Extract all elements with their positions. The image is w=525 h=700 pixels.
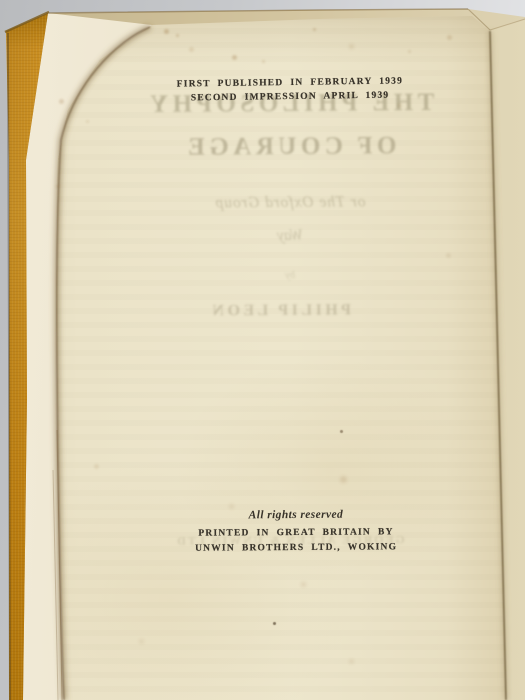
page-left-edge (57, 27, 150, 700)
showthrough-author: PHILIP LEON (30, 300, 525, 321)
colophon-block: All rights reserved PRINTED IN GREAT BRI… (46, 507, 525, 554)
page-top-edge (49, 9, 468, 13)
showthrough-title-line2: OF COURAGE (40, 131, 525, 162)
cover-left-edge (8, 33, 10, 700)
printer-line-1: PRINTED IN GREAT BRITAIN BY (46, 526, 525, 539)
cover-top-edge (5, 12, 49, 32)
facing-page-top-edge (490, 19, 525, 30)
foxing-spots (0, 0, 3, 3)
book-photo: THE PHILOSOPHY OF COURAGE or The Oxford … (0, 0, 525, 700)
page-corner-fold (468, 9, 490, 30)
showthrough-subtitle-line1: or The Oxford Group (40, 192, 525, 213)
gutter-shadow-left (57, 27, 150, 700)
rights-notice: All rights reserved (46, 507, 525, 522)
showthrough-subtitle-line2: Way (40, 225, 525, 246)
